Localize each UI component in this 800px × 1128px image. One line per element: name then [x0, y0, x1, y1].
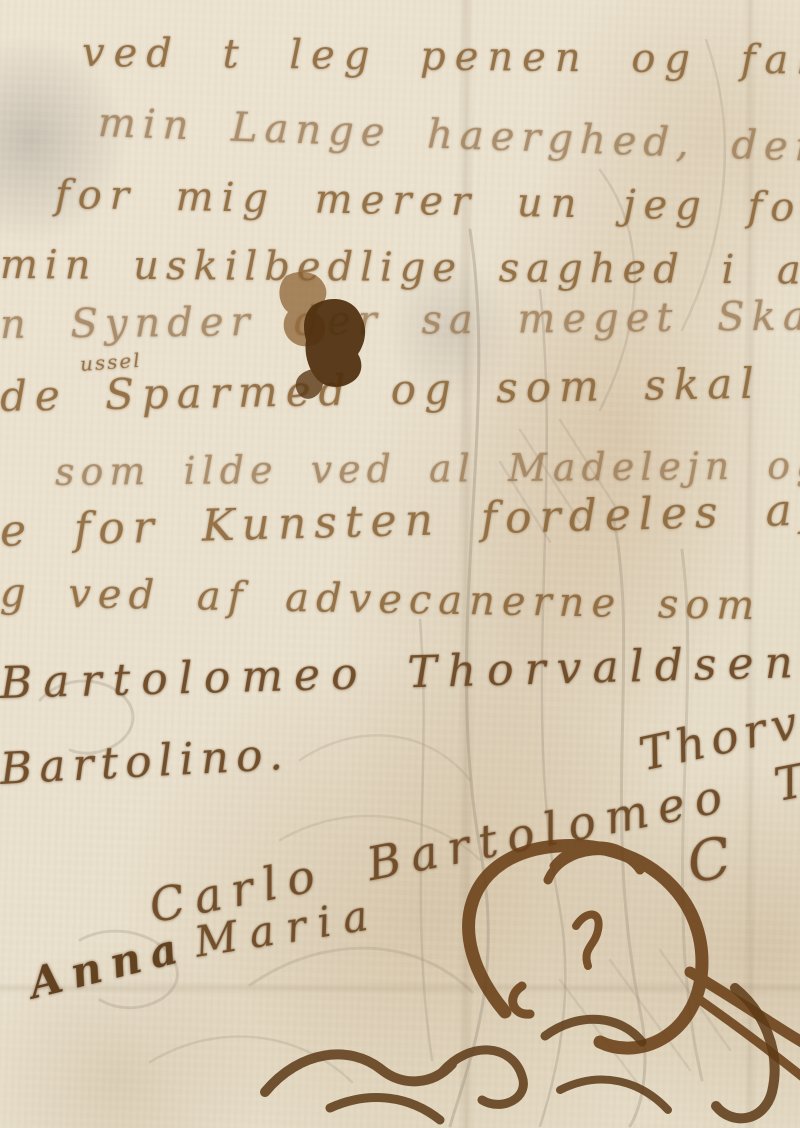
pencil-stroke	[250, 948, 472, 992]
signature-bartolino: Bartolino.	[0, 729, 291, 795]
ink-doodle	[716, 988, 775, 1118]
ink-doodle	[265, 1054, 452, 1092]
ink-doodle	[442, 1050, 523, 1105]
manuscript-line-5: n Synder der sa meget Skaga f	[0, 292, 800, 348]
signature-bartolomeo-thorvaldsen: Bartolomeo Thorvaldsen	[0, 637, 800, 709]
pencil-stroke	[150, 1036, 352, 1082]
manuscript-page: ved t leg penen og falk d min Lange haer…	[0, 0, 800, 1128]
pencil-stroke	[540, 290, 565, 1126]
ink-flourish-tail	[690, 972, 800, 1042]
paper-crease-vertical	[744, 0, 756, 1128]
ink-doodle	[545, 1019, 642, 1042]
manuscript-line-9: g ved af advecanerne som	[0, 570, 762, 629]
ink-doodle	[330, 1098, 440, 1120]
signature-anna: Anna	[24, 922, 192, 1008]
pencil-stroke	[560, 950, 730, 1100]
manuscript-line-8: e for Kunsten fordeles af d	[0, 482, 800, 557]
ink-doodle	[560, 1080, 668, 1110]
ink-flourish	[469, 846, 702, 1049]
ink-flourish	[513, 986, 530, 1014]
paper-crease-vertical	[458, 0, 474, 1128]
manuscript-line-7: som ilde ved al Madelejn og S	[55, 443, 800, 494]
manuscript-line-1: ved t leg penen og falk d	[82, 30, 800, 85]
manuscript-line-4: min uskilbedlige saghed i at S	[0, 242, 800, 294]
ink-flourish-tail	[700, 1000, 800, 1078]
ink-flourish	[576, 914, 599, 966]
manuscript-line-2: min Lange haerghed, derum g	[97, 100, 800, 176]
signature-c-fragment: C	[682, 825, 735, 896]
manuscript-line-3: for mig merer un jeg for h	[55, 172, 800, 233]
